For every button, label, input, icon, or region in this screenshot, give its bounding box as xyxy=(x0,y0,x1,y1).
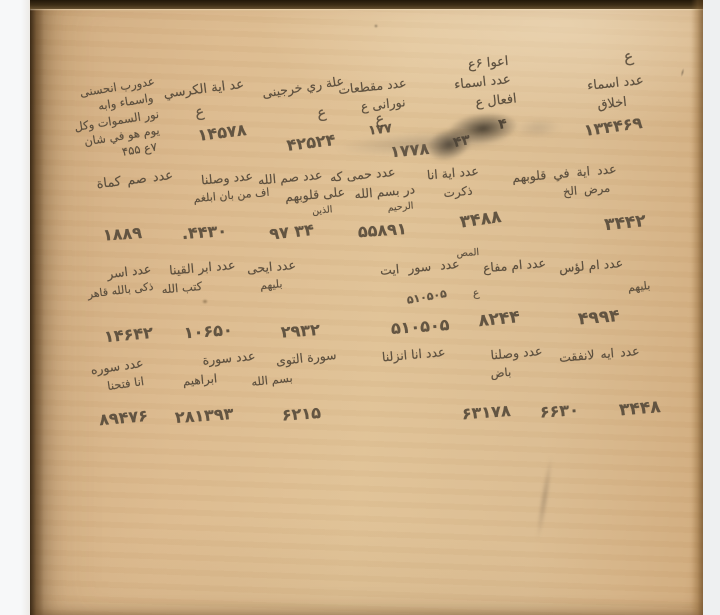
head-aya-fi-qulubihim: عدد اية في قلوبهممرض الخ xyxy=(512,160,619,205)
num-r2-2: ۳۴۸۸ xyxy=(459,205,504,236)
glyph-ain-col1: ع xyxy=(623,44,636,69)
head-aya-ana-dhukirat: عدد اية اناذكرت xyxy=(426,162,481,203)
head-wasalna-r2: عدد وصلنااف من بان ابلغم xyxy=(191,167,255,207)
num-r4-1: ۳۴۴۸ xyxy=(619,395,663,424)
head-abr-alqayna: عدد ابر القيناكتب الله xyxy=(160,256,238,298)
glyph-ain-col5-line: ع xyxy=(194,100,205,123)
num-r4-1-line: ۳۴۴۸ xyxy=(619,395,663,424)
num-muqattaat: ۱۷۷۸ xyxy=(389,137,430,164)
head-ayat-kursi: عد اية الكرسي xyxy=(163,75,245,104)
head-umm-mafa-line: عدد ام مفاع xyxy=(482,254,546,278)
head-count-muqattaat: عدد مقطعاتنورانی ع xyxy=(337,74,409,118)
head-suwar-ayat: عدد سور ايت xyxy=(380,255,461,281)
num-r4-6: ۸۹۴۷۶ xyxy=(98,404,149,432)
num-r3-2-line: ۸۲۴۴ xyxy=(478,305,522,335)
num-r4-3-line: ۶۳۱۷۸ xyxy=(461,399,511,426)
head-aya-lanafaqat-line: عدد ايه لانفقت xyxy=(559,342,641,368)
num-r3-small-line: ۵۱۰۵۰۵ xyxy=(405,286,448,309)
num-r2-1-line: ۳۴۴۲ xyxy=(604,209,648,239)
head-ayhi: عدد ايحىبليهم xyxy=(246,256,298,295)
num-r2-3-line: ۵۵۸۹۱ xyxy=(357,217,407,244)
num-r4-2-line: ۶۶۳۰ xyxy=(539,398,580,425)
word-bilayhim-right: بليهم xyxy=(627,278,651,297)
head-ana-anzalna: عدد انا انزلنا xyxy=(382,343,447,367)
head-samm-kamaat-line: عدد صم كماة xyxy=(96,166,175,195)
head-umm-lus-line: عدد ام لؤس xyxy=(558,254,624,278)
num-r3-small: ۵۱۰۵۰۵ xyxy=(405,286,448,309)
num-kharjini-line: ۴۲۵۲۴ xyxy=(286,128,337,158)
num-ayat-kursi-line: ۱۴۵۷۸ xyxy=(197,118,248,148)
num-r2-4-line: ۳۴ ۹۷ xyxy=(269,218,316,247)
speck-left xyxy=(202,299,208,304)
num-r3-1-line: ۴۹۹۴ xyxy=(578,304,622,333)
num-r3-5: ۱۰۶۵۰ xyxy=(183,318,233,345)
num-r3-5-line: ۱۰۶۵۰ xyxy=(183,318,233,345)
num-muqattaat-small-line: ۱۷۷ xyxy=(367,119,393,141)
num-scribbled-a-line: ۴ xyxy=(498,114,509,136)
num-r2-2-line: ۳۴۸۸ xyxy=(459,205,504,236)
num-scribbled-a: ۴ xyxy=(498,114,509,136)
num-r2-3: ۵۵۸۹۱ xyxy=(357,217,407,244)
head-wasalna-r4-line: باض xyxy=(490,361,545,383)
num-r3-2: ۸۲۴۴ xyxy=(478,305,522,335)
manuscript-scan: اعوا ۶عععدد اسماءاخلاق۱۳۴۴۶۹عدد اسماءافع… xyxy=(0,0,720,615)
num-r2-6-line: ۱۸۸۹ xyxy=(102,221,143,248)
glyph-ain-col1-line: ع xyxy=(623,44,636,69)
head-umm-lus: عدد ام لؤس xyxy=(558,254,624,278)
head-aya-lanafaqat: عدد ايه لانفقت xyxy=(559,342,641,368)
num-r2-1: ۳۴۴۲ xyxy=(604,209,648,239)
num-scribbled-b-line: ۴۳ xyxy=(451,130,472,154)
head-ana-anzalna-line: عدد انا انزلنا xyxy=(382,343,447,367)
num-r2-4: ۳۴ ۹۷ xyxy=(269,218,316,247)
head-wasalna-r4: عدد وصلناباض xyxy=(489,342,546,383)
num-ayat-kursi: ۱۴۵۷۸ xyxy=(197,118,248,148)
word-bilayhim-right-line: بليهم xyxy=(627,278,651,297)
num-r4-2: ۶۶۳۰ xyxy=(539,398,580,425)
ink-layer: اعوا ۶عععدد اسماءاخلاق۱۳۴۴۶۹عدد اسماءافع… xyxy=(0,0,720,615)
tick-top-right xyxy=(680,68,685,77)
num-r4-5: ۲۸۱۳۹۳ xyxy=(175,402,235,430)
head-surat-altawi: سورة التویبسم الله xyxy=(248,346,339,391)
glyph-ain-col5: ع xyxy=(194,100,205,123)
num-asma-akhlaq: ۱۳۴۴۶۹ xyxy=(583,111,644,143)
num-r4-6-line: ۸۹۴۷۶ xyxy=(98,404,149,432)
num-r3-6-line: ۱۴۶۴۲ xyxy=(103,321,154,349)
num-r4-4-line: ۶۲۱۵ xyxy=(281,401,322,428)
glyph-ain-r3-line: ع xyxy=(472,285,480,302)
num-muqattaat-small: ۱۷۷ xyxy=(367,119,393,141)
crease-scratch xyxy=(534,456,554,540)
glyph-ain-r3: ع xyxy=(472,285,480,302)
num-r3-1: ۴۹۹۴ xyxy=(578,304,622,333)
num-r2-6: ۱۸۸۹ xyxy=(102,221,143,248)
num-r2-5-line: ۴۴۳۰. xyxy=(181,219,228,246)
head-umm-mafa: عدد ام مفاع xyxy=(482,254,546,278)
num-asma-akhlaq-line: ۱۳۴۴۶۹ xyxy=(583,111,644,143)
num-scribbled-b: ۴۳ xyxy=(451,130,472,154)
num-r3-3: ۵۱۰۵۰۵ xyxy=(391,313,451,341)
num-muqattaat-line: ۱۷۷۸ xyxy=(389,137,430,164)
head-surat-inna-fatahna: عدد سورهانا فتحنا xyxy=(89,354,147,397)
num-r4-3: ۶۳۱۷۸ xyxy=(461,399,511,426)
head-asr-dhaki: عدد اسرذكى بالله قاهر xyxy=(84,260,154,303)
num-r4-5-line: ۲۸۱۳۹۳ xyxy=(175,402,235,430)
word-almas-line: المص xyxy=(456,246,480,262)
num-r3-6: ۱۴۶۴۲ xyxy=(103,321,154,349)
head-illat-kharjini-line: علة ري خرجينى xyxy=(261,72,345,103)
num-r3-4: ۲۹۳۲ xyxy=(280,318,321,345)
head-count-asma-akhlaq: عدد اسماءاخلاق xyxy=(587,71,647,116)
dot-top xyxy=(374,24,378,28)
head-ayat-kursi-line: عد اية الكرسي xyxy=(163,75,245,104)
head-surat-ibrahim: عدد سورةابراهيم xyxy=(181,347,258,390)
num-r4-4: ۶۲۱۵ xyxy=(281,401,322,428)
num-r3-4-line: ۲۹۳۲ xyxy=(280,318,321,345)
num-r2-5: ۴۴۳۰. xyxy=(181,219,228,246)
word-almas: المص xyxy=(456,246,480,262)
head-suwar-ayat-line: عدد سور ايت xyxy=(380,255,461,281)
num-r3-3-line: ۵۱۰۵۰۵ xyxy=(391,313,451,341)
smear-right xyxy=(515,117,560,139)
num-kharjini: ۴۲۵۲۴ xyxy=(286,128,337,158)
glyph-ain-col4-line: ع xyxy=(316,101,327,124)
head-count-asma-afal: عدد اسماءافعال ع xyxy=(454,70,514,115)
head-illat-kharjini: علة ري خرجينى xyxy=(261,72,345,103)
glyph-ain-col4: ع xyxy=(316,101,327,124)
head-samm-kamaat: عدد صم كماة xyxy=(96,166,175,195)
block-top-left: عدورب انحسنىواسماء وابهنور السموات وكليو… xyxy=(68,73,166,167)
